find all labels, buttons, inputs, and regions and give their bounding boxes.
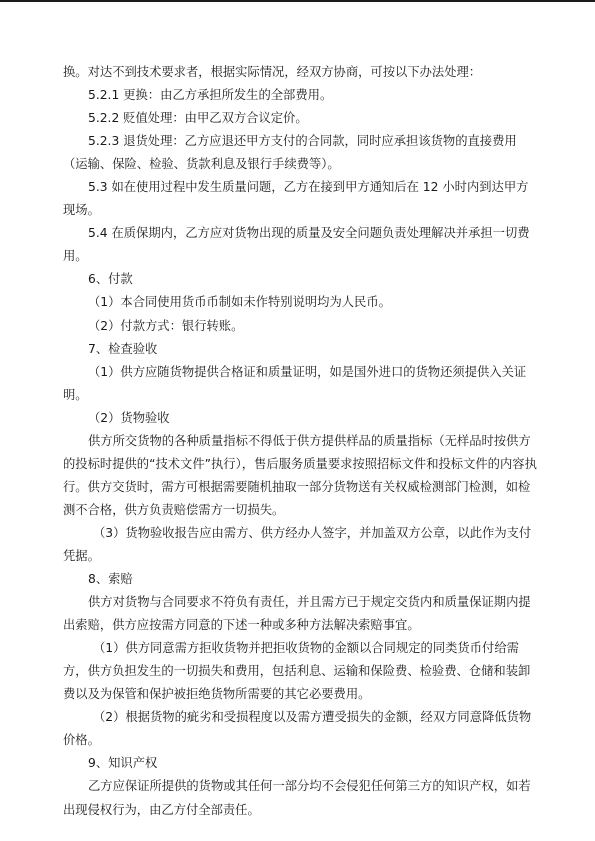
clause-6-1-currency: （1）本合同使用货币币制如未作特别说明均为人民币。 (63, 291, 537, 314)
clause-5-2-2-depreciation: 5.2.2 贬值处理：由甲乙双方合议定价。 (63, 107, 537, 130)
clause-5-3-onsite-response: 5.3 如在使用过程中发生质量问题，乙方在接到甲方通知后在 12 小时内到达甲方… (63, 176, 537, 222)
section-heading-6-payment: 6、付款 (63, 268, 537, 291)
clause-8-1-rejection: （1）供方同意需方拒收货物并把拒收货物的金额以合同规定的同类货币付给需方，供方负… (63, 637, 537, 706)
clause-7-3-acceptance-report: （3）货物验收报告应由需方、供方经办人签字，并加盖双方公章，以此作为支付凭据。 (63, 522, 537, 568)
clause-5-2-1-replacement: 5.2.1 更换：由乙方承担所发生的全部费用。 (63, 84, 537, 107)
section-heading-9-ip: 9、知识产权 (63, 752, 537, 775)
clause-7-1-certificates: （1）供方应随货物提供合格证和质量证明，如是国外进口的货物还须提供入关证明。 (63, 361, 537, 407)
clause-9-body: 乙方应保证所提供的货物或其任何一部分均不会侵犯任何第三方的知识产权，如若出现侵权… (63, 775, 537, 821)
clause-5-2-3-return: 5.2.3 退货处理：乙方应退还甲方支付的合同款，同时应承担该货物的直接费用（运… (63, 130, 537, 176)
paragraph-continuation: 换。对达不到技术要求者，根据实际情况，经双方协商，可按以下办法处理： (63, 61, 537, 84)
clause-8-2-price-reduction: （2）根据货物的疵劣和受损程度以及需方遭受损失的金额，经双方同意降低货物价格。 (63, 706, 537, 752)
clause-5-4-warranty: 5.4 在质保期内，乙方应对货物出现的质量及安全问题负责处理解决并承担一切费用。 (63, 222, 537, 268)
section-heading-7-inspection: 7、检查验收 (63, 338, 537, 361)
section-heading-8-claims: 8、索赔 (63, 568, 537, 591)
page-top-rule (0, 0, 595, 2)
clause-6-2-payment-method: （2）付款方式：银行转账。 (63, 315, 537, 338)
clause-8-body: 供方对货物与合同要求不符负有责任，并且需方已于规定交货内和质量保证期内提出索赔，… (63, 591, 537, 637)
document-body: 换。对达不到技术要求者，根据实际情况，经双方协商，可按以下办法处理： 5.2.1… (63, 61, 537, 822)
clause-7-2-acceptance-body: 供方所交货物的各种质量指标不得低于供方提供样品的质量指标（无样品时按供方的投标时… (63, 430, 537, 522)
clause-7-2-acceptance: （2）货物验收 (63, 407, 537, 430)
